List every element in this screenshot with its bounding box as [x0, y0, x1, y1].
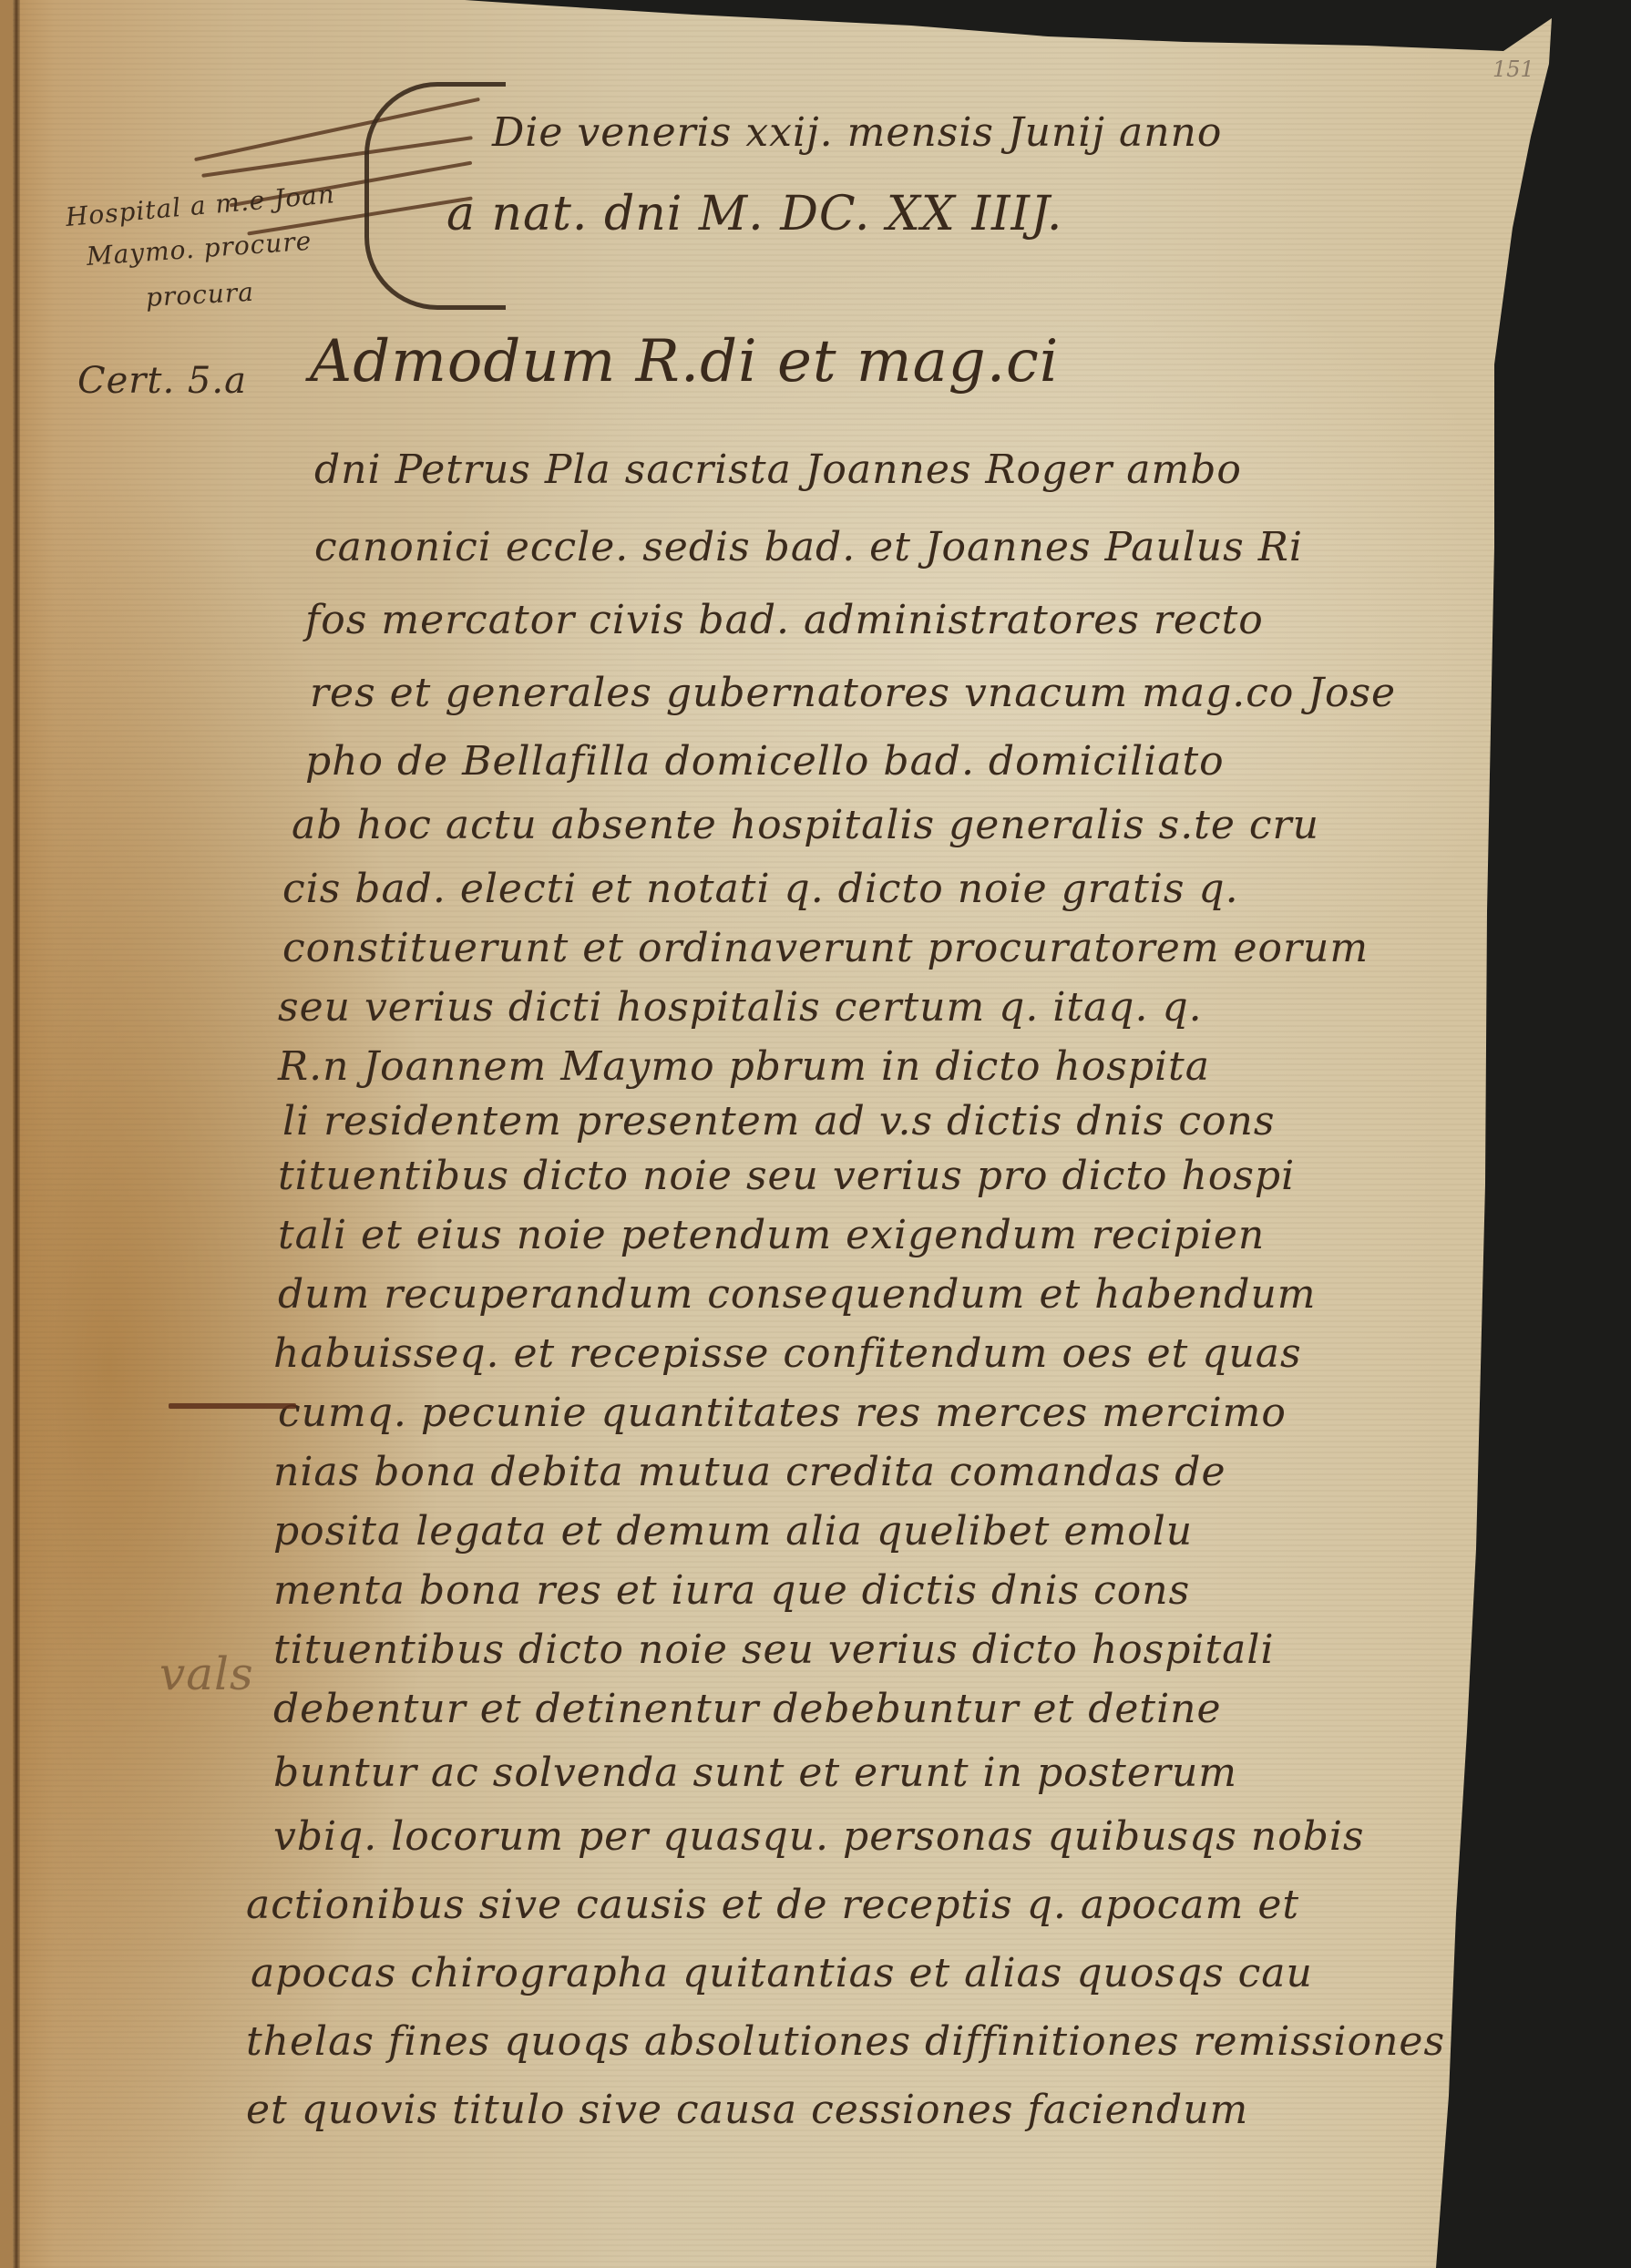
body-line: nias bona debita mutua credita comandas …	[273, 1449, 1226, 1495]
body-line: seu verius dicti hospitalis certum q. it…	[278, 984, 1203, 1031]
manuscript-page: 151 Die veneris xxij. mensis Junij anno …	[0, 0, 1631, 2268]
margin-reference: Cert. 5.a	[77, 360, 247, 402]
body-line: debentur et detinentur debebuntur et det…	[273, 1686, 1222, 1732]
margin-line-mark	[169, 1403, 296, 1409]
opening-word: Admodum R.di et mag.ci	[310, 328, 1059, 395]
body-line: R.n Joannem Maymo pbrum in dicto hospita	[278, 1043, 1210, 1090]
body-line: tituentibus dicto noie seu verius pro di…	[278, 1153, 1295, 1199]
facing-page-edge	[0, 0, 13, 2268]
body-line: li residentem presentem ad v.s dictis dn…	[282, 1098, 1275, 1144]
body-line: posita legata et demum alia quelibet emo…	[273, 1508, 1193, 1555]
body-line: et quovis titulo sive causa cessiones fa…	[246, 2087, 1248, 2133]
body-line: menta bona res et iura que dictis dnis c…	[273, 1567, 1190, 1614]
left-edge-faint-note: vals	[159, 1647, 254, 1700]
body-line: thelas fines quoqs absolutiones diffinit…	[246, 2018, 1445, 2065]
body-line: dni Petrus Pla sacrista Joannes Roger am…	[314, 446, 1242, 493]
body-line: ab hoc actu absente hospitalis generalis…	[292, 802, 1319, 848]
body-line: actionibus sive causis et de receptis q.…	[246, 1882, 1299, 1928]
body-line: dum recuperandum consequendum et habendu…	[278, 1271, 1317, 1318]
body-line: buntur ac solvenda sunt et erunt in post…	[273, 1750, 1237, 1796]
body-line: tituentibus dicto noie seu verius dicto …	[273, 1627, 1275, 1673]
body-line: res et generales gubernatores vnacum mag…	[310, 670, 1396, 716]
body-line: apocas chirographa quitantias et alias q…	[251, 1950, 1313, 1996]
folio-number: 151	[1493, 56, 1534, 82]
body-line: cumq. pecunie quantitates res merces mer…	[278, 1390, 1287, 1436]
body-line: fos mercator civis bad. administratores …	[305, 597, 1264, 643]
body-line: habuisseq. et recepisse confitendum oes …	[273, 1330, 1302, 1377]
heading-line-1: Die veneris xxij. mensis Junij anno	[492, 109, 1222, 156]
body-line: tali et eius noie petendum exigendum rec…	[278, 1212, 1265, 1258]
body-line: constituerunt et ordinaverunt procurator…	[282, 925, 1369, 971]
binding-seam	[13, 0, 20, 2268]
heading-line-2: a nat. dni M. DC. XX IIIJ.	[446, 187, 1062, 241]
margin-note-line-3: procura	[145, 277, 255, 313]
body-line: vbiq. locorum per quasqu. personas quibu…	[273, 1813, 1365, 1860]
body-line: pho de Bellafilla domicello bad. domicil…	[305, 738, 1225, 785]
body-line: cis bad. electi et notati q. dicto noie …	[282, 866, 1239, 912]
body-line: canonici eccle. sedis bad. et Joannes Pa…	[314, 524, 1303, 570]
